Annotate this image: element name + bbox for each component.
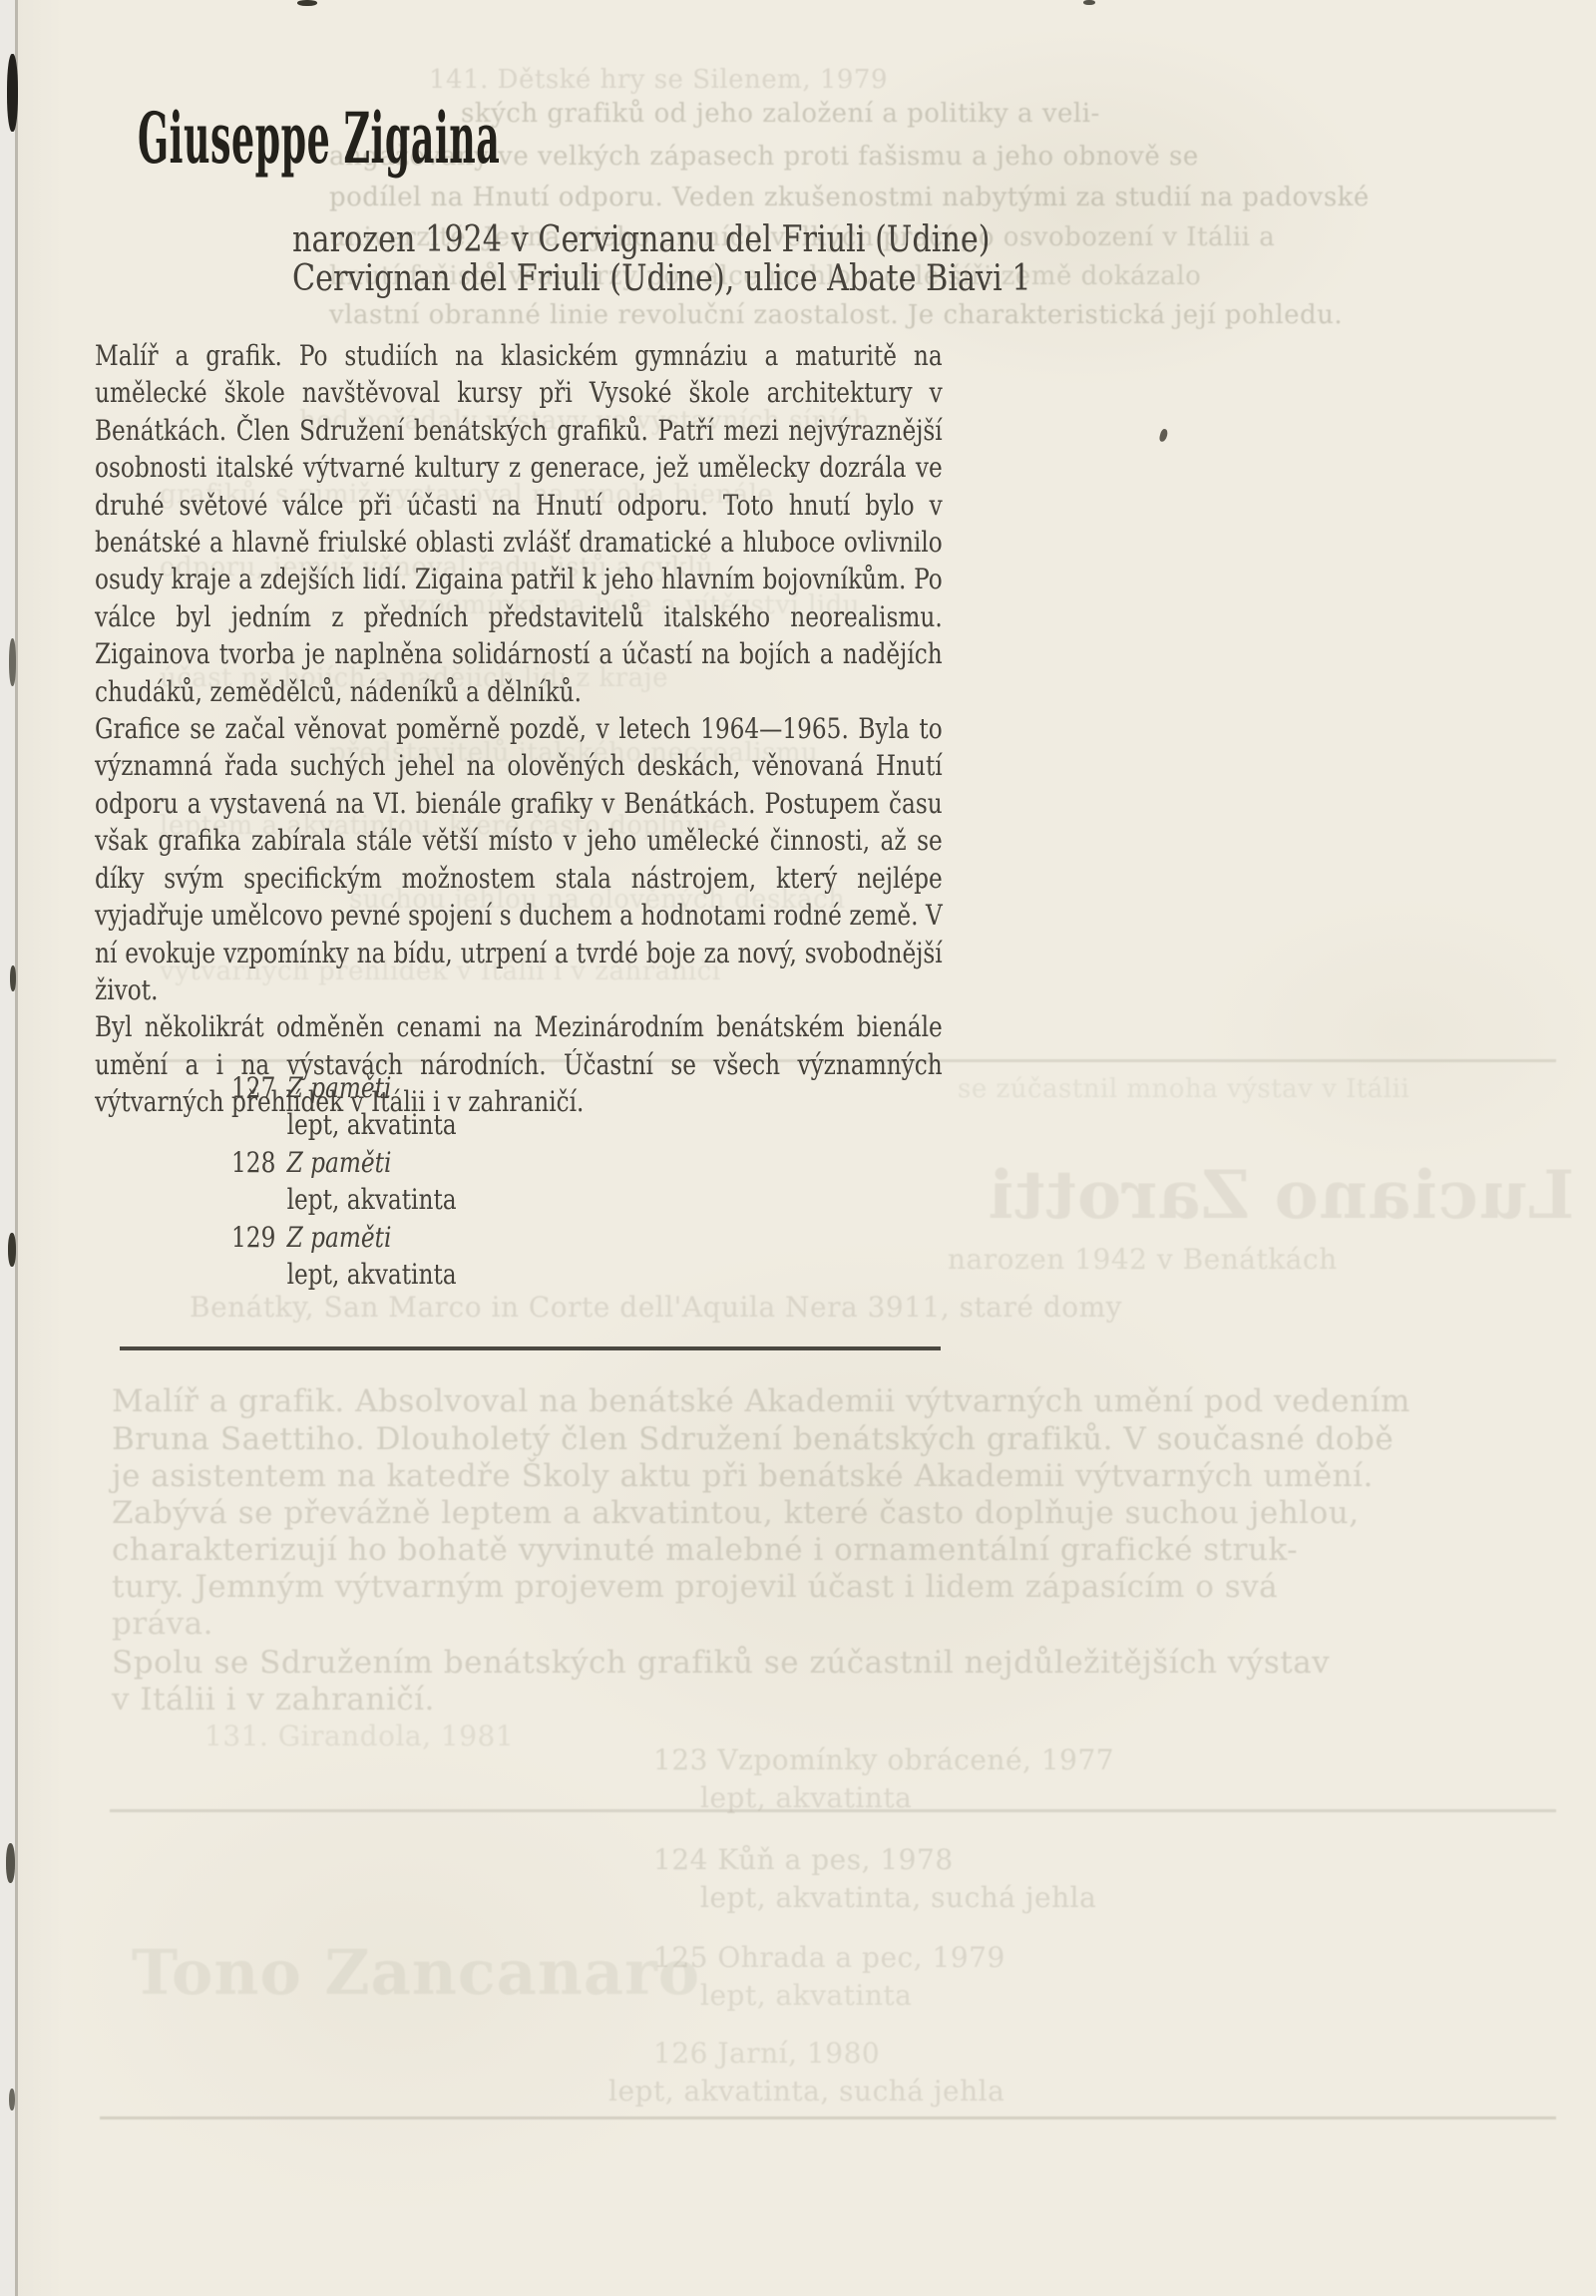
work-title: Z paměti [287, 1219, 392, 1256]
work-technique: lept, akvatinta [287, 1256, 457, 1293]
bio-paragraph: Byl několikrát odměněn cenami na Mezinár… [95, 1008, 943, 1120]
artist-header-block: narozen 1924 v Cervignanu del Friuli (Ud… [292, 220, 1031, 298]
work-technique: lept, akvatinta [287, 1106, 457, 1143]
scanned-catalog-page: 141. Dětské hry se Silenem, 1979ských gr… [0, 0, 1596, 2296]
section-divider-rule [120, 1346, 941, 1350]
artist-name-heading: Giuseppe Zigaina [138, 100, 500, 178]
artist-address-line: Cervignan del Friuli (Udine), ulice Abat… [292, 259, 1031, 298]
bio-paragraph: Grafice se začal věnovat poměrně pozdě, … [95, 710, 943, 1008]
work-entry: 127 Z paměti lept, akvatinta [231, 1069, 457, 1143]
work-technique: lept, akvatinta [287, 1181, 457, 1218]
work-number: 129 [231, 1219, 287, 1256]
work-entry: 129 Z paměti lept, akvatinta [231, 1219, 457, 1293]
work-entry: 128 Z paměti lept, akvatinta [231, 1144, 457, 1218]
artist-birth-line: narozen 1924 v Cervignanu del Friuli (Ud… [292, 220, 1031, 259]
work-number: 128 [231, 1144, 287, 1181]
biography: Malíř a grafik. Po studiích na klasickém… [95, 337, 943, 1121]
work-title: Z paměti [287, 1144, 392, 1181]
bio-paragraph: Malíř a grafik. Po studiích na klasickém… [95, 337, 943, 710]
page-content: Giuseppe Zigaina narozen 1924 v Cervigna… [0, 0, 1596, 2296]
work-number: 127 [231, 1069, 287, 1106]
work-title: Z paměti [287, 1069, 392, 1106]
